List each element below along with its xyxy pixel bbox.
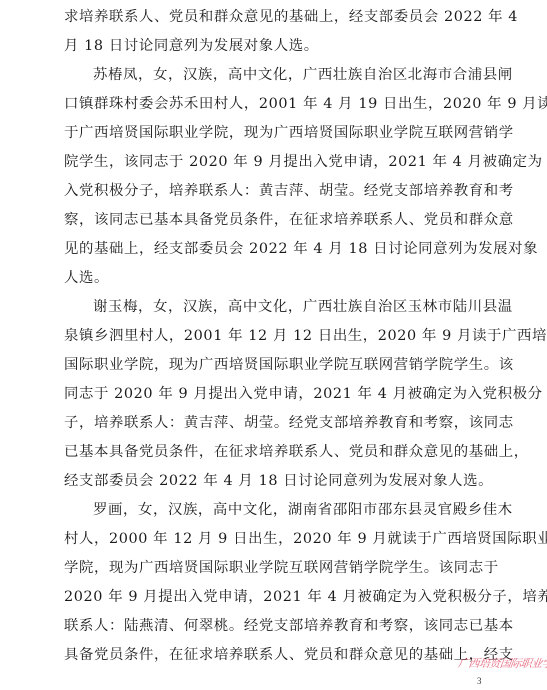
text-line: 见的基础上，经支部委员会 2022 年 4 月 18 日讨论同意列为发展对象 [64, 235, 492, 264]
text-line: 于广西培贤国际职业学院，现为广西培贤国际职业学院互联网营销学 [64, 119, 492, 148]
text-line: 子，培养联系人：黄吉萍、胡莹。经党支部培养教育和考察，该同志 [64, 409, 492, 438]
text-line: 罗画，女，汉族，高中文化，湖南省邵阳市邵东县灵官殿乡佳木 [64, 496, 492, 525]
text-line: 察，该同志已基本具备党员条件，在征求培养联系人、党员和群众意 [64, 206, 492, 235]
document-page: 求培养联系人、党员和群众意见的基础上，经支部委员会 2022 年 4 月 18 … [0, 0, 547, 690]
text-line: 口镇群珠村委会苏禾田村人，2001 年 4 月 19 日出生，2020 年 9 … [64, 90, 492, 119]
text-line: 谢玉梅，女，汉族，高中文化，广西壮族自治区玉林市陆川县温 [64, 293, 492, 322]
text-line: 院学生，该同志于 2020 年 9 月提出入党申请，2021 年 4 月被确定为 [64, 148, 492, 177]
body-text: 求培养联系人、党员和群众意见的基础上，经支部委员会 2022 年 4 月 18 … [64, 3, 492, 670]
institution-stamp: 广西培贤国际职业学院 [457, 655, 547, 671]
text-line: 联系人：陆燕清、何翠桃。经党支部培养教育和考察，该同志已基本 [64, 612, 492, 641]
text-line: 同志于 2020 年 9 月提出入党申请，2021 年 4 月被确定为入党积极分 [64, 380, 492, 409]
text-line: 学院，现为广西培贤国际职业学院互联网营销学院学生。该同志于 [64, 554, 492, 583]
text-line: 经支部委员会 2022 年 4 月 18 日讨论同意列为发展对象人选。 [64, 467, 492, 496]
text-line: 求培养联系人、党员和群众意见的基础上，经支部委员会 2022 年 4 [64, 3, 492, 32]
text-line: 已基本具备党员条件，在征求培养联系人、党员和群众意见的基础上， [64, 438, 492, 467]
text-line: 2020 年 9 月提出入党申请，2021 年 4 月被确定为入党积极分子，培养 [64, 583, 492, 612]
text-line: 入党积极分子，培养联系人：黄吉萍、胡莹。经党支部培养教育和考 [64, 177, 492, 206]
text-line: 具备党员条件，在征求培养联系人、党员和群众意见的基础上，经支 [64, 641, 492, 670]
text-line: 泉镇乡泗里村人，2001 年 12 月 12 日出生，2020 年 9 月读于广… [64, 322, 492, 351]
text-line: 月 18 日讨论同意列为发展对象人选。 [64, 32, 492, 61]
page-number: 3 [477, 676, 482, 686]
text-line: 苏椿凤，女，汉族，高中文化，广西壮族自治区北海市合浦县闸 [64, 61, 492, 90]
text-line: 人选。 [64, 264, 492, 293]
text-line: 国际职业学院，现为广西培贤国际职业学院互联网营销学院学生。该 [64, 351, 492, 380]
text-line: 村人，2000 年 12 月 9 日出生，2020 年 9 月就读于广西培贤国际… [64, 525, 492, 554]
